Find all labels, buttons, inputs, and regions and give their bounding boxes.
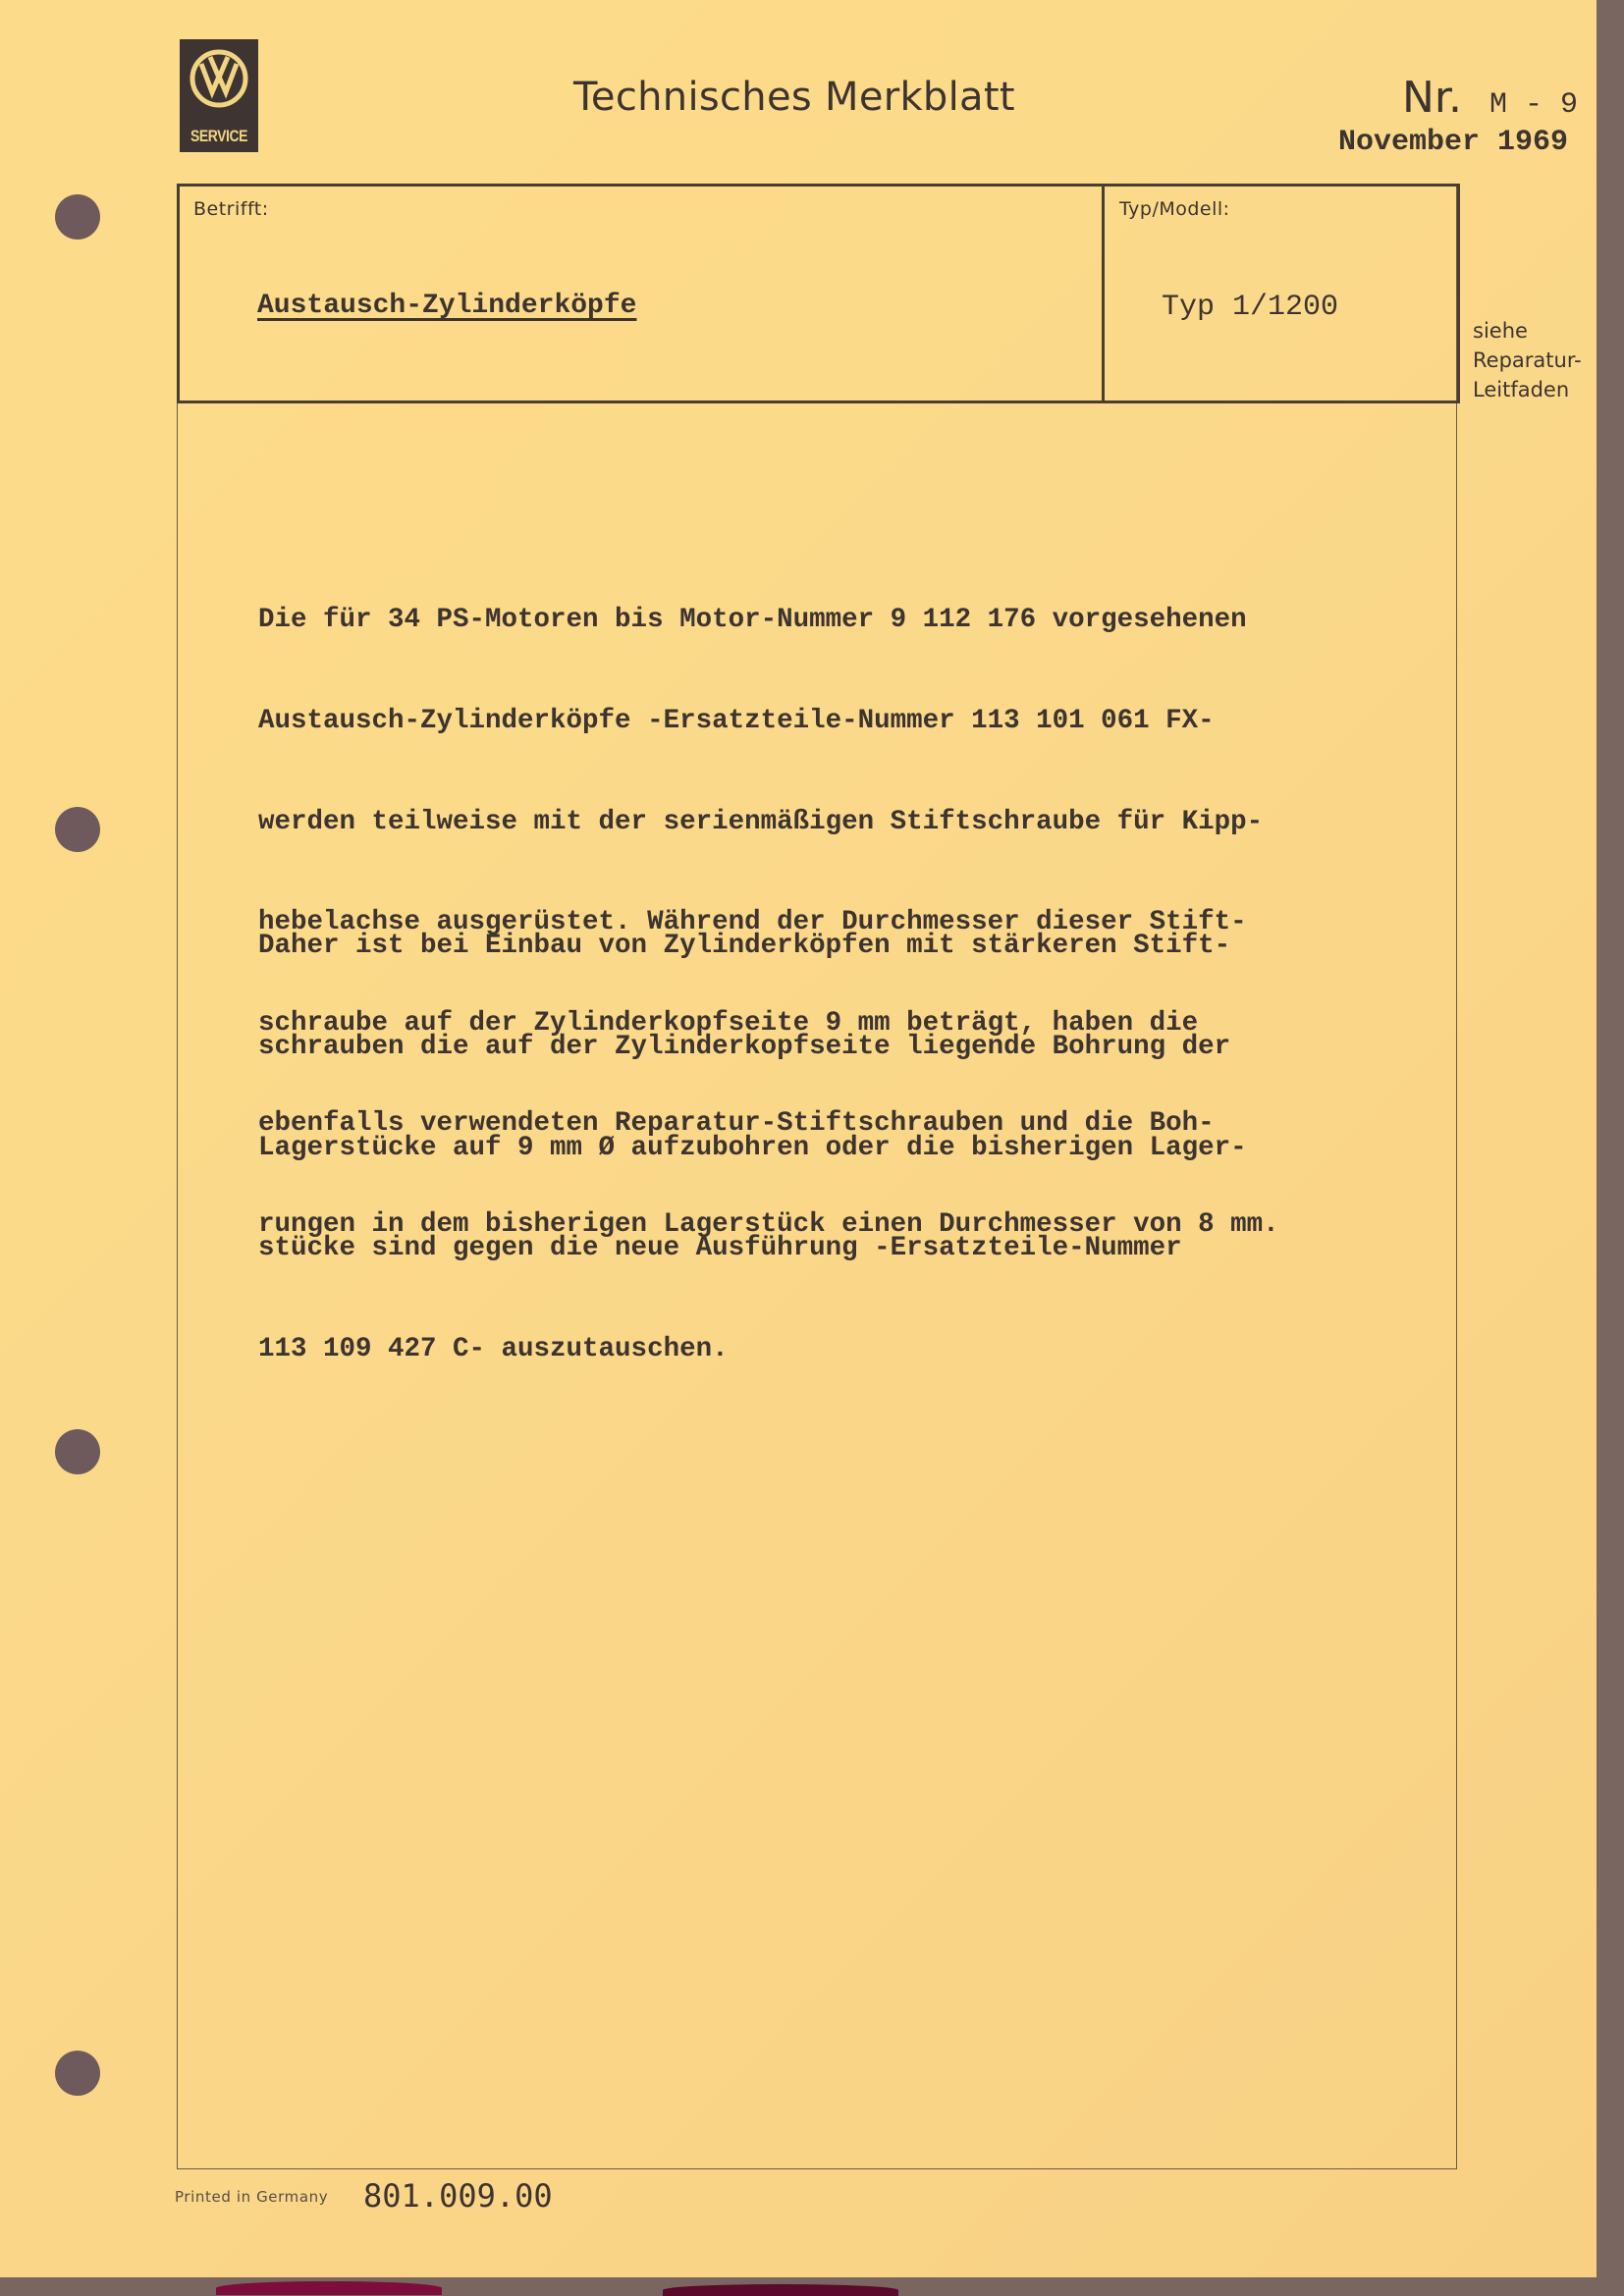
- scan-artifact: [663, 2284, 898, 2296]
- text-line: Lagerstücke auf 9 mm Ø aufzubohren oder …: [258, 1132, 1378, 1165]
- punch-hole-icon: [55, 807, 100, 852]
- punch-hole-icon: [55, 1429, 100, 1474]
- text-line: stücke sind gegen die neue Ausführung -E…: [258, 1232, 1378, 1265]
- document-date: November 1969: [1338, 126, 1568, 159]
- punch-hole-icon: [55, 2051, 100, 2096]
- model-label: Typ/Modell:: [1119, 198, 1230, 220]
- printed-in-germany: Printed in Germany: [175, 2188, 328, 2206]
- text-line: werden teilweise mit der serienmäßigen S…: [258, 806, 1378, 839]
- form-code: 801.009.00: [363, 2177, 553, 2215]
- side-note-line: siehe: [1473, 316, 1582, 346]
- text-line: Austausch-Zylinderköpfe -Ersatzteile-Num…: [258, 705, 1378, 738]
- scan-artifact: [216, 2281, 442, 2295]
- text-line: Daher ist bei Einbau von Zylinderköpfen …: [258, 930, 1378, 963]
- text-line: Die für 34 PS-Motoren bis Motor-Nummer 9…: [258, 604, 1378, 637]
- number-label: Nr.: [1402, 73, 1462, 123]
- text-line: schrauben die auf der Zylinderkopfseite …: [258, 1031, 1378, 1064]
- text-line: 113 109 427 C- auszutauschen.: [258, 1333, 1378, 1366]
- subject-value: Austausch-Zylinderköpfe: [257, 291, 636, 321]
- subject-label: Betrifft:: [193, 198, 269, 220]
- document-number: M - 9: [1489, 88, 1578, 122]
- side-note-line: Reparatur-: [1473, 346, 1582, 375]
- model-value: Typ 1/1200: [1162, 291, 1338, 324]
- document-title: Technisches Merkblatt: [573, 75, 1015, 120]
- side-note-line: Leitfaden: [1473, 375, 1582, 404]
- vw-service-logo: SERVICE: [180, 39, 258, 152]
- punch-hole-icon: [55, 194, 100, 240]
- logo-service-text: SERVICE: [187, 127, 251, 146]
- header-divider: [1102, 184, 1105, 400]
- vw-emblem-icon: [188, 47, 250, 110]
- side-note: siehe Reparatur- Leitfaden: [1473, 316, 1582, 404]
- scan-edge: [211, 2278, 1488, 2296]
- body-paragraph-2: Daher ist bei Einbau von Zylinderköpfen …: [258, 863, 1378, 1400]
